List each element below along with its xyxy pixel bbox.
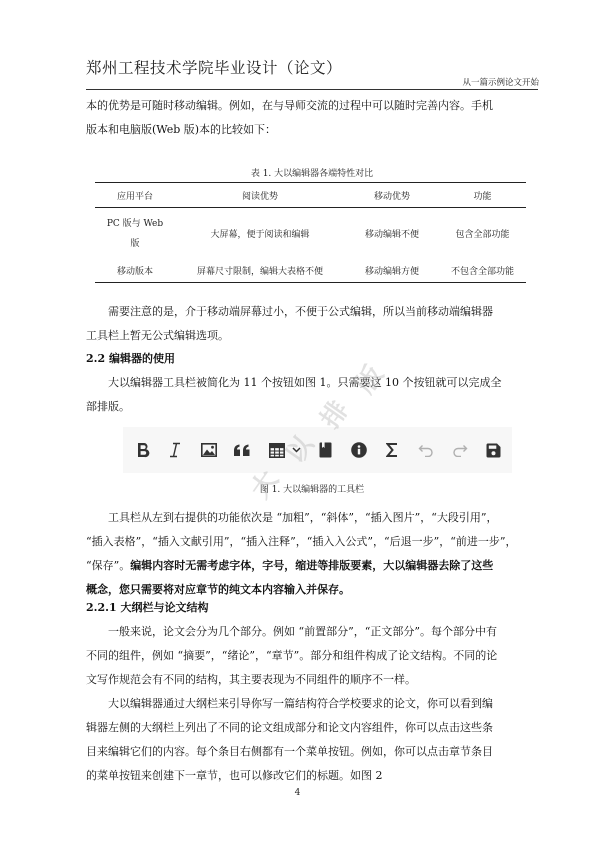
table-cell-reading: 大屏幕，便于阅读和编辑 [175,208,345,259]
table-cell-mobile: 移动编辑不便 [345,208,439,259]
text-line: 大以编辑器通过大纲栏来引导你写一篇结构符合学校要求的论文，你可以看到编 [86,692,538,716]
table-cell-platform: 移动版本 [95,258,175,283]
image-icon [201,443,217,457]
book-icon [319,442,332,458]
save-icon [486,443,501,458]
header-title: 郑州工程技术学院毕业设计（论文） [86,56,342,78]
text-line: 一般来说，论文会分为几个部分。例如 “前置部分”，“正文部分”。每个部分中有 [86,620,538,644]
text-line: 辑器左侧的大纲栏上列出了不同的论文组成部分和论文内容组件，你可以点击这些条 [86,716,538,740]
undo-button [414,427,438,473]
text-line: 部排版。 [86,395,538,419]
column-header: 阅读优势 [175,183,345,208]
section-2-2-paragraph: 大以编辑器工具栏被简化为 11 个按钮如图 1。只需要这 10 个按钮就可以完成… [86,371,538,419]
redo-icon [452,444,468,457]
table-cell-features: 不包含全部功能 [439,258,526,283]
info-icon [351,442,367,458]
table-row: PC 版与 Web 版 大屏幕，便于阅读和编辑 移动编辑不便 包含全部功能 [95,208,526,259]
image-button [197,427,221,473]
redo-button [448,427,472,473]
quote-icon [234,444,250,456]
text-line: 目来编辑它们的内容。每个条目右侧都有一个菜单按钮。例如，你可以点击章节条目 [86,740,538,764]
text-line: 工具栏从左到右提供的功能依次是 “加粗”，“斜体”，“插入图片”，“大段引用”， [86,506,538,530]
column-header: 应用平台 [95,183,175,208]
text-line: 版本和电脑版(Web 版)本的比较如下： [86,118,538,142]
comparison-table: 应用平台 阅读优势 移动优势 功能 PC 版与 Web 版 大屏幕，便于阅读和编… [95,182,526,283]
table-icon [269,443,285,458]
chevron-down-icon [292,447,301,453]
table-options-dropdown [289,427,303,473]
table-cell-reading: 屏幕尺寸限制，编辑大表格不便 [175,258,345,283]
italic-button [163,427,187,473]
text-emphasis: 编辑内容时无需考虑字体，字号，缩进等排版要素，大以编辑器去除了这些 [130,559,493,572]
text-line: 大以编辑器工具栏被简化为 11 个按钮如图 1。只需要这 10 个按钮就可以完成… [86,371,538,395]
note-paragraph: 需要注意的是，介于移动端屏幕过小，不便于公式编辑，所以当前移动端编辑器 工具栏上… [86,300,538,348]
structure-paragraph-1: 一般来说，论文会分为几个部分。例如 “前置部分”，“正文部分”。每个部分中有 不… [86,620,538,692]
text-normal: “保存”。 [86,559,130,572]
text-line: 不同的组件，例如 “摘要”，“绪论”，“章节”。部分和组件构成了论文结构。不同的… [86,644,538,668]
formula-button [380,427,404,473]
text-line: 本的优势是可随时移动编辑。例如，在与导师交流的过程中可以随时完善内容。手机 [86,94,538,118]
table-header-row: 应用平台 阅读优势 移动优势 功能 [95,183,526,208]
text-line: 需要注意的是，介于移动端屏幕过小，不便于公式编辑，所以当前移动端编辑器 [86,300,538,324]
editor-toolbar-figure [123,427,512,473]
page-number: 4 [0,788,595,798]
table-cell-platform: PC 版与 Web 版 [95,208,175,259]
header-subtitle: 从一篇示例论文开始 [462,76,539,88]
table-cell-mobile: 移动编辑方便 [345,258,439,283]
toolbar-description-paragraph: 工具栏从左到右提供的功能依次是 “加粗”，“斜体”，“插入图片”，“大段引用”，… [86,506,538,602]
table-cell-features: 包含全部功能 [439,208,526,259]
quote-button [230,427,254,473]
document-page: 郑州工程技术学院毕业设计（论文） 从一篇示例论文开始 本的优势是可随时移动编辑。… [0,0,595,842]
citation-button [313,427,337,473]
cell-text: 版 [95,234,175,254]
text-line: “保存”。编辑内容时无需考虑字体，字号，缩进等排版要素，大以编辑器去除了这些 [86,554,538,578]
annotation-button [347,427,371,473]
section-heading-2-2: 2.2 编辑器的使用 [86,350,175,366]
column-header: 功能 [439,183,526,208]
section-heading-2-2-1: 2.2.1 大纲栏与论文结构 [86,599,208,615]
table-button [265,427,289,473]
column-header: 移动优势 [345,183,439,208]
undo-icon [418,444,434,457]
header-rule [86,89,538,90]
figure-caption: 图 1. 大以编辑器的工具栏 [86,482,538,495]
text-line: 的菜单按钮来创建下一章节，也可以修改它们的标题。如图 2 [86,764,538,788]
table-row: 移动版本 屏幕尺寸限制，编辑大表格不便 移动编辑方便 不包含全部功能 [95,258,526,283]
text-line: “插入表格”，“插入文献引用”，“插入注释”，“插入入公式”，“后退一步”，“前… [86,530,538,554]
cell-text: PC 版与 Web [95,214,175,234]
save-button [481,427,505,473]
text-line: 文写作规范会有不同的结构，其主要表现为不同组件的顺序不一样。 [86,668,538,692]
bold-button [131,427,155,473]
table-caption: 表 1. 大以编辑器各端特性对比 [86,166,538,179]
sigma-icon [386,443,398,457]
intro-paragraph: 本的优势是可随时移动编辑。例如，在与导师交流的过程中可以随时完善内容。手机 版本… [86,94,538,142]
italic-icon [169,442,181,458]
bold-icon [136,442,150,458]
text-line: 工具栏上暂无公式编辑选项。 [86,324,538,348]
structure-paragraph-2: 大以编辑器通过大纲栏来引导你写一篇结构符合学校要求的论文，你可以看到编 辑器左侧… [86,692,538,788]
